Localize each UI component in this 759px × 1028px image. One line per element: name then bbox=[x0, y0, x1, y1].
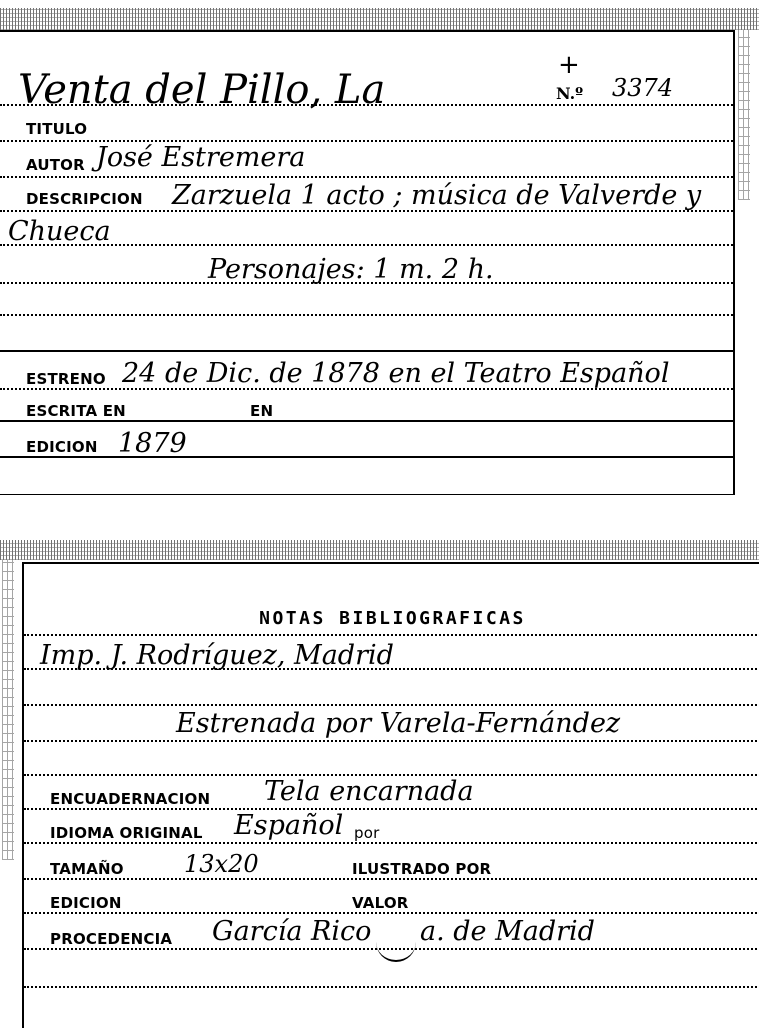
rule-blank-1 bbox=[0, 314, 733, 316]
rule-note-2 bbox=[24, 740, 759, 742]
rule-tamano bbox=[24, 878, 759, 880]
edicion-label: EDICION bbox=[26, 440, 98, 455]
tamano-value: 13x20 bbox=[184, 852, 259, 876]
notas-heading: NOTAS BIBLIOGRAFICAS bbox=[24, 608, 759, 629]
procedencia-value-part2: a. de Madrid bbox=[420, 918, 595, 945]
redaction-mark bbox=[376, 922, 416, 962]
autor-value: José Estremera bbox=[96, 144, 305, 171]
note-line-2: Estrenada por Varela-Fernández bbox=[176, 710, 620, 737]
personajes-value: Personajes: 1 m. 2 h. bbox=[208, 256, 494, 283]
procedencia-label: PROCEDENCIA bbox=[50, 932, 172, 947]
rule-personajes bbox=[0, 282, 733, 284]
scan-noise-right bbox=[738, 30, 750, 200]
descripcion-value-line2: Chueca bbox=[8, 218, 111, 245]
rule-bottom bbox=[24, 986, 759, 988]
rule-encuadernacion bbox=[24, 808, 759, 810]
rule-autor bbox=[0, 176, 733, 178]
rule-note-2a bbox=[24, 704, 759, 706]
encuadernacion-value: Tela encarnada bbox=[264, 778, 474, 805]
edicion-label-lower: EDICION bbox=[50, 896, 122, 911]
descripcion-value-line1: Zarzuela 1 acto ; música de Valverde y bbox=[172, 182, 701, 209]
titulo-label: TITULO bbox=[26, 122, 87, 137]
rule-heading bbox=[24, 634, 759, 636]
rule-note-1 bbox=[24, 668, 759, 670]
rule-title bbox=[0, 104, 733, 106]
estreno-label: ESTRENO bbox=[26, 372, 106, 387]
ilustrado-label: ILUSTRADO POR bbox=[352, 862, 491, 877]
rule-descripcion-2 bbox=[0, 244, 733, 246]
rule-procedencia bbox=[24, 948, 759, 950]
procedencia-value-part1: García Rico bbox=[212, 918, 371, 945]
rule-edicion bbox=[0, 456, 733, 458]
number-label: N.º bbox=[556, 84, 583, 103]
scan-noise-top bbox=[0, 8, 759, 30]
catalog-card-upper: Venta del Pillo, La + N.º 3374 TITULO AU… bbox=[0, 30, 735, 495]
estreno-value: 24 de Dic. de 1878 en el Teatro Español bbox=[122, 360, 669, 387]
idioma-value: Español bbox=[234, 812, 343, 839]
valor-label: VALOR bbox=[352, 896, 409, 911]
scan-noise-middle bbox=[0, 540, 759, 560]
rule-descripcion bbox=[0, 210, 733, 212]
rule-idioma bbox=[24, 842, 759, 844]
catalog-card-lower: NOTAS BIBLIOGRAFICAS Imp. J. Rodríguez, … bbox=[22, 562, 759, 1028]
idioma-label: IDIOMA ORIGINAL bbox=[50, 826, 203, 841]
escrita-en-label: ESCRITA EN bbox=[26, 404, 126, 419]
tamano-label: TAMAÑO bbox=[50, 862, 124, 877]
rule-edicion-lower bbox=[24, 912, 759, 914]
descripcion-label: DESCRIPCION bbox=[26, 192, 143, 207]
autor-label: AUTOR bbox=[26, 158, 85, 173]
scan-noise-left bbox=[2, 560, 14, 860]
por-label: por bbox=[354, 826, 379, 841]
note-line-1: Imp. J. Rodríguez, Madrid bbox=[40, 642, 394, 669]
cross-mark: + bbox=[558, 52, 580, 78]
rule-estreno bbox=[0, 388, 733, 390]
catalog-number: 3374 bbox=[612, 76, 673, 100]
edicion-value: 1879 bbox=[118, 430, 187, 457]
en-label: EN bbox=[250, 404, 273, 419]
rule-escrita bbox=[0, 420, 733, 422]
encuadernacion-label: ENCUADERNACION bbox=[50, 792, 210, 807]
rule-blank-2 bbox=[0, 350, 733, 352]
